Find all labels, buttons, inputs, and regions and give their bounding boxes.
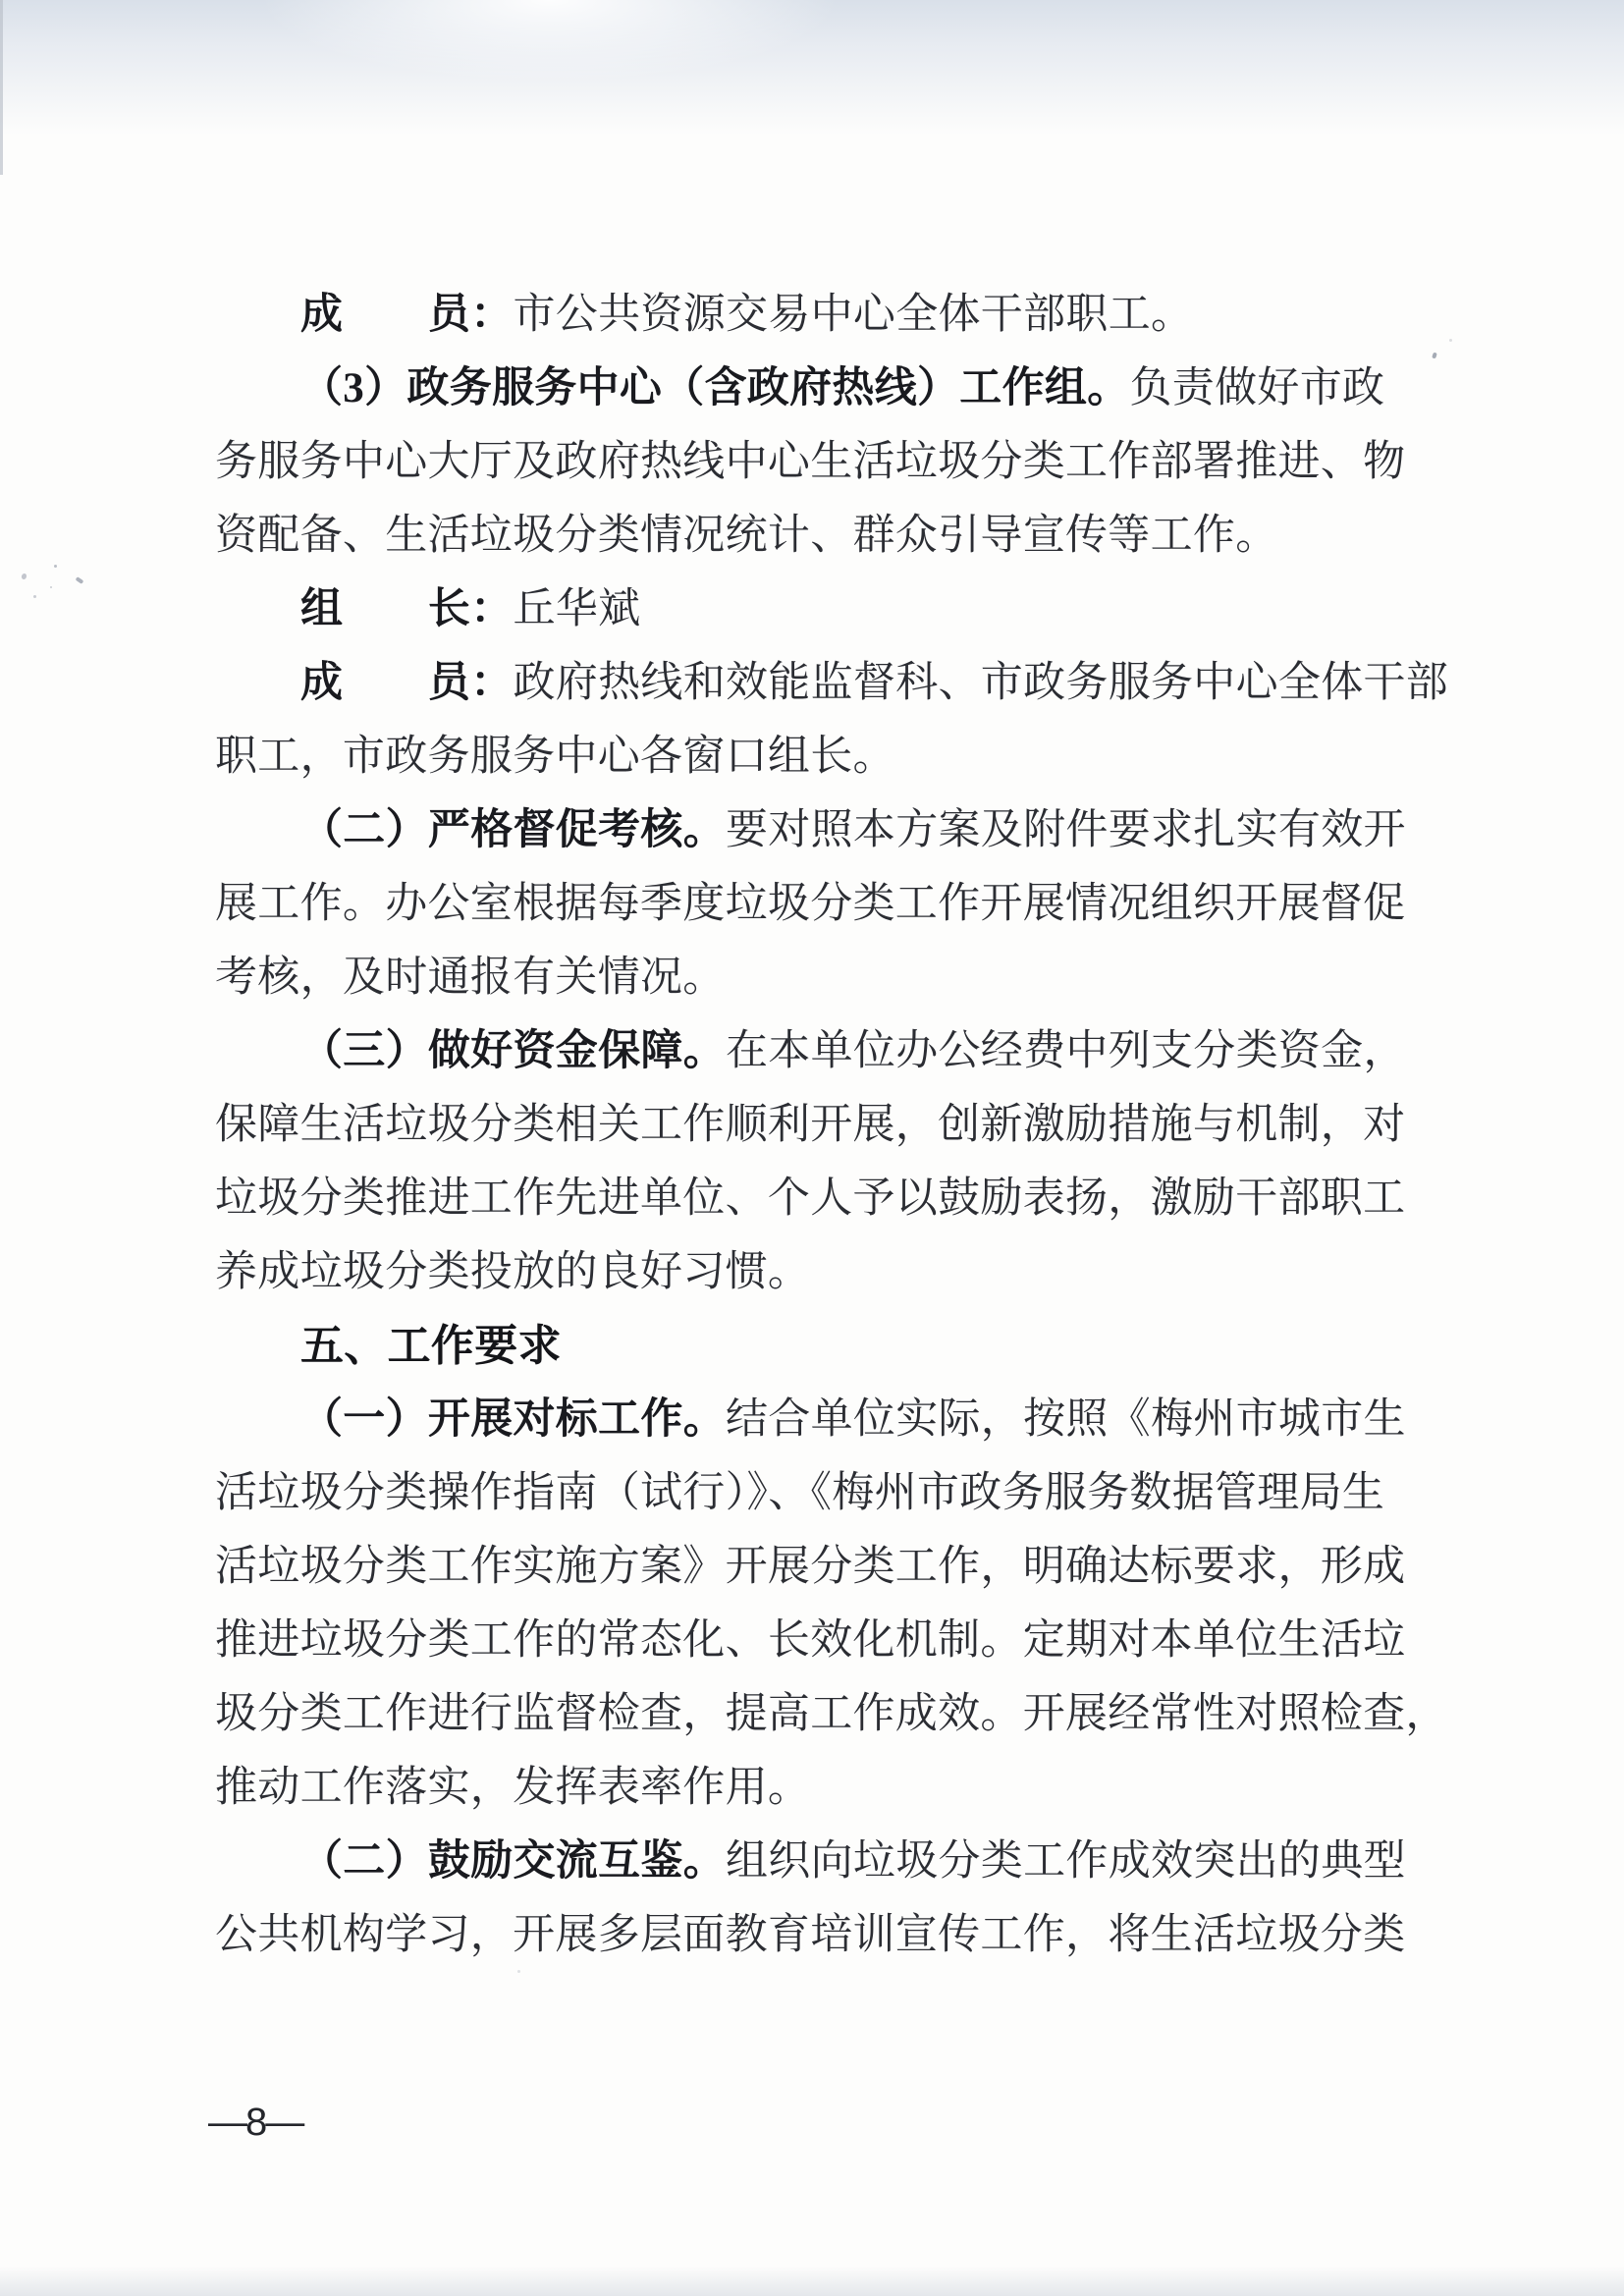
page-number: —8— xyxy=(208,2103,302,2142)
line-text: 职工，市政务服务中心各窗口组长。 xyxy=(215,734,895,780)
scanned-document-page: 成 员：市公共资源交易中心全体干部职工。 （3）政务服务中心（含政府热线）工作组… xyxy=(0,0,1624,2296)
text-line: 养成垃圾分类投放的良好习惯。 xyxy=(215,1235,1418,1309)
text-line: 活垃圾分类操作指南（试行）》、《梅州市政务服务数据管理局生 xyxy=(215,1456,1418,1530)
subsection-3-lead: （三）做好资金保障。 xyxy=(300,1028,726,1074)
leader-label: 组 长： xyxy=(300,586,514,632)
subsection-2-lead: （二）严格督促考核。 xyxy=(300,807,726,853)
subsection-2b-lead: （二）鼓励交流互鉴。 xyxy=(300,1838,726,1885)
text-line: 展工作。办公室根据每季度垃圾分类工作开展情况组织开展督促 xyxy=(215,867,1418,941)
text-line: （一）开展对标工作。结合单位实际，按照《梅州市城市生 xyxy=(215,1383,1418,1456)
line-text: 推进垃圾分类工作的常态化、长效化机制。定期对本单位生活垃 xyxy=(215,1617,1405,1664)
line-text: 圾分类工作进行监督检查，提高工作成效。开展经常性对照检查， xyxy=(215,1691,1448,1737)
text-line: （三）做好资金保障。在本单位办公经费中列支分类资金， xyxy=(215,1014,1418,1088)
text-line: 活垃圾分类工作实施方案》开展分类工作，明确达标要求，形成 xyxy=(215,1530,1418,1604)
text-line: 考核，及时通报有关情况。 xyxy=(215,941,1418,1014)
section-5-title: 五、工作要求 xyxy=(300,1322,562,1370)
line-text: 丘华斌 xyxy=(514,586,641,632)
line-text: 资配备、生活垃圾分类情况统计、群众引导宣传等工作。 xyxy=(215,513,1278,559)
line-text: 活垃圾分类工作实施方案》开展分类工作，明确达标要求，形成 xyxy=(215,1544,1405,1590)
text-line: 职工，市政务服务中心各窗口组长。 xyxy=(215,720,1418,793)
text-line: 务服务中心大厅及政府热线中心生活垃圾分类工作部署推进、物 xyxy=(215,425,1418,499)
text-line: 圾分类工作进行监督检查，提高工作成效。开展经常性对照检查， xyxy=(215,1677,1418,1751)
scan-speck xyxy=(33,595,36,598)
line-text: 垃圾分类推进工作先进单位、个人予以鼓励表扬，激励干部职工 xyxy=(215,1175,1405,1222)
member-label: 成 员： xyxy=(300,660,514,706)
text-line: （二）鼓励交流互鉴。组织向垃圾分类工作成效突出的典型 xyxy=(215,1825,1418,1898)
text-line: （二）严格督促考核。要对照本方案及附件要求扎实有效开 xyxy=(215,793,1418,867)
scan-speck xyxy=(1432,353,1437,359)
scan-speck xyxy=(76,576,84,584)
text-line: 垃圾分类推进工作先进单位、个人予以鼓励表扬，激励干部职工 xyxy=(215,1162,1418,1235)
line-text: 政府热线和效能监督科、市政务服务中心全体干部 xyxy=(514,660,1449,706)
line-text: 养成垃圾分类投放的良好习惯。 xyxy=(215,1249,810,1295)
line-text: 推动工作落实，发挥表率作用。 xyxy=(215,1765,810,1811)
scan-artifact-left-edge xyxy=(0,0,3,175)
text-line: 保障生活垃圾分类相关工作顺利开展，创新激励措施与机制，对 xyxy=(215,1088,1418,1162)
line-text: 公共机构学习，开展多层面教育培训宣传工作，将生活垃圾分类 xyxy=(215,1912,1405,1958)
scan-artifact-top-band xyxy=(0,0,1624,147)
scan-artifact-bottom-band xyxy=(0,2263,1624,2296)
line-text: 组织向垃圾分类工作成效突出的典型 xyxy=(726,1838,1406,1885)
line-text: 务服务中心大厅及政府热线中心生活垃圾分类工作部署推进、物 xyxy=(215,439,1405,485)
line-text: 展工作。办公室根据每季度垃圾分类工作开展情况组织开展督促 xyxy=(215,881,1405,927)
text-line: 成 员：市公共资源交易中心全体干部职工。 xyxy=(215,278,1418,352)
text-line: 推进垃圾分类工作的常态化、长效化机制。定期对本单位生活垃 xyxy=(215,1604,1418,1677)
text-line: （3）政务服务中心（含政府热线）工作组。负责做好市政 xyxy=(215,352,1418,425)
scan-speck xyxy=(1449,339,1452,342)
line-text: 考核，及时通报有关情况。 xyxy=(215,955,726,1001)
scan-speck xyxy=(50,586,52,588)
line-text: 负责做好市政 xyxy=(1130,365,1385,411)
text-line: 成 员：政府热线和效能监督科、市政务服务中心全体干部 xyxy=(215,646,1418,720)
line-text: 结合单位实际，按照《梅州市城市生 xyxy=(726,1396,1406,1443)
subsection-1-lead: （一）开展对标工作。 xyxy=(300,1396,726,1443)
line-text: 活垃圾分类操作指南（试行）》、《梅州市政务服务数据管理局生 xyxy=(215,1470,1384,1516)
text-line: 公共机构学习，开展多层面教育培训宣传工作，将生活垃圾分类 xyxy=(215,1898,1418,1972)
text-line: 资配备、生活垃圾分类情况统计、群众引导宣传等工作。 xyxy=(215,499,1418,573)
scan-speck xyxy=(21,573,27,579)
line-text: 在本单位办公经费中列支分类资金， xyxy=(726,1028,1406,1074)
workgroup-3-heading: （3）政务服务中心（含政府热线）工作组。 xyxy=(300,365,1130,411)
text-line: 推动工作落实，发挥表率作用。 xyxy=(215,1751,1418,1825)
line-text: 保障生活垃圾分类相关工作顺利开展，创新激励措施与机制，对 xyxy=(215,1102,1405,1148)
document-body: 成 员：市公共资源交易中心全体干部职工。 （3）政务服务中心（含政府热线）工作组… xyxy=(215,278,1418,1972)
scan-speck xyxy=(54,565,57,568)
line-text: 市公共资源交易中心全体干部职工。 xyxy=(514,292,1194,338)
section-heading: 五、工作要求 xyxy=(215,1309,1418,1383)
member-label: 成 员： xyxy=(300,292,514,338)
line-text: 要对照本方案及附件要求扎实有效开 xyxy=(726,807,1406,853)
text-line: 组 长：丘华斌 xyxy=(215,573,1418,646)
